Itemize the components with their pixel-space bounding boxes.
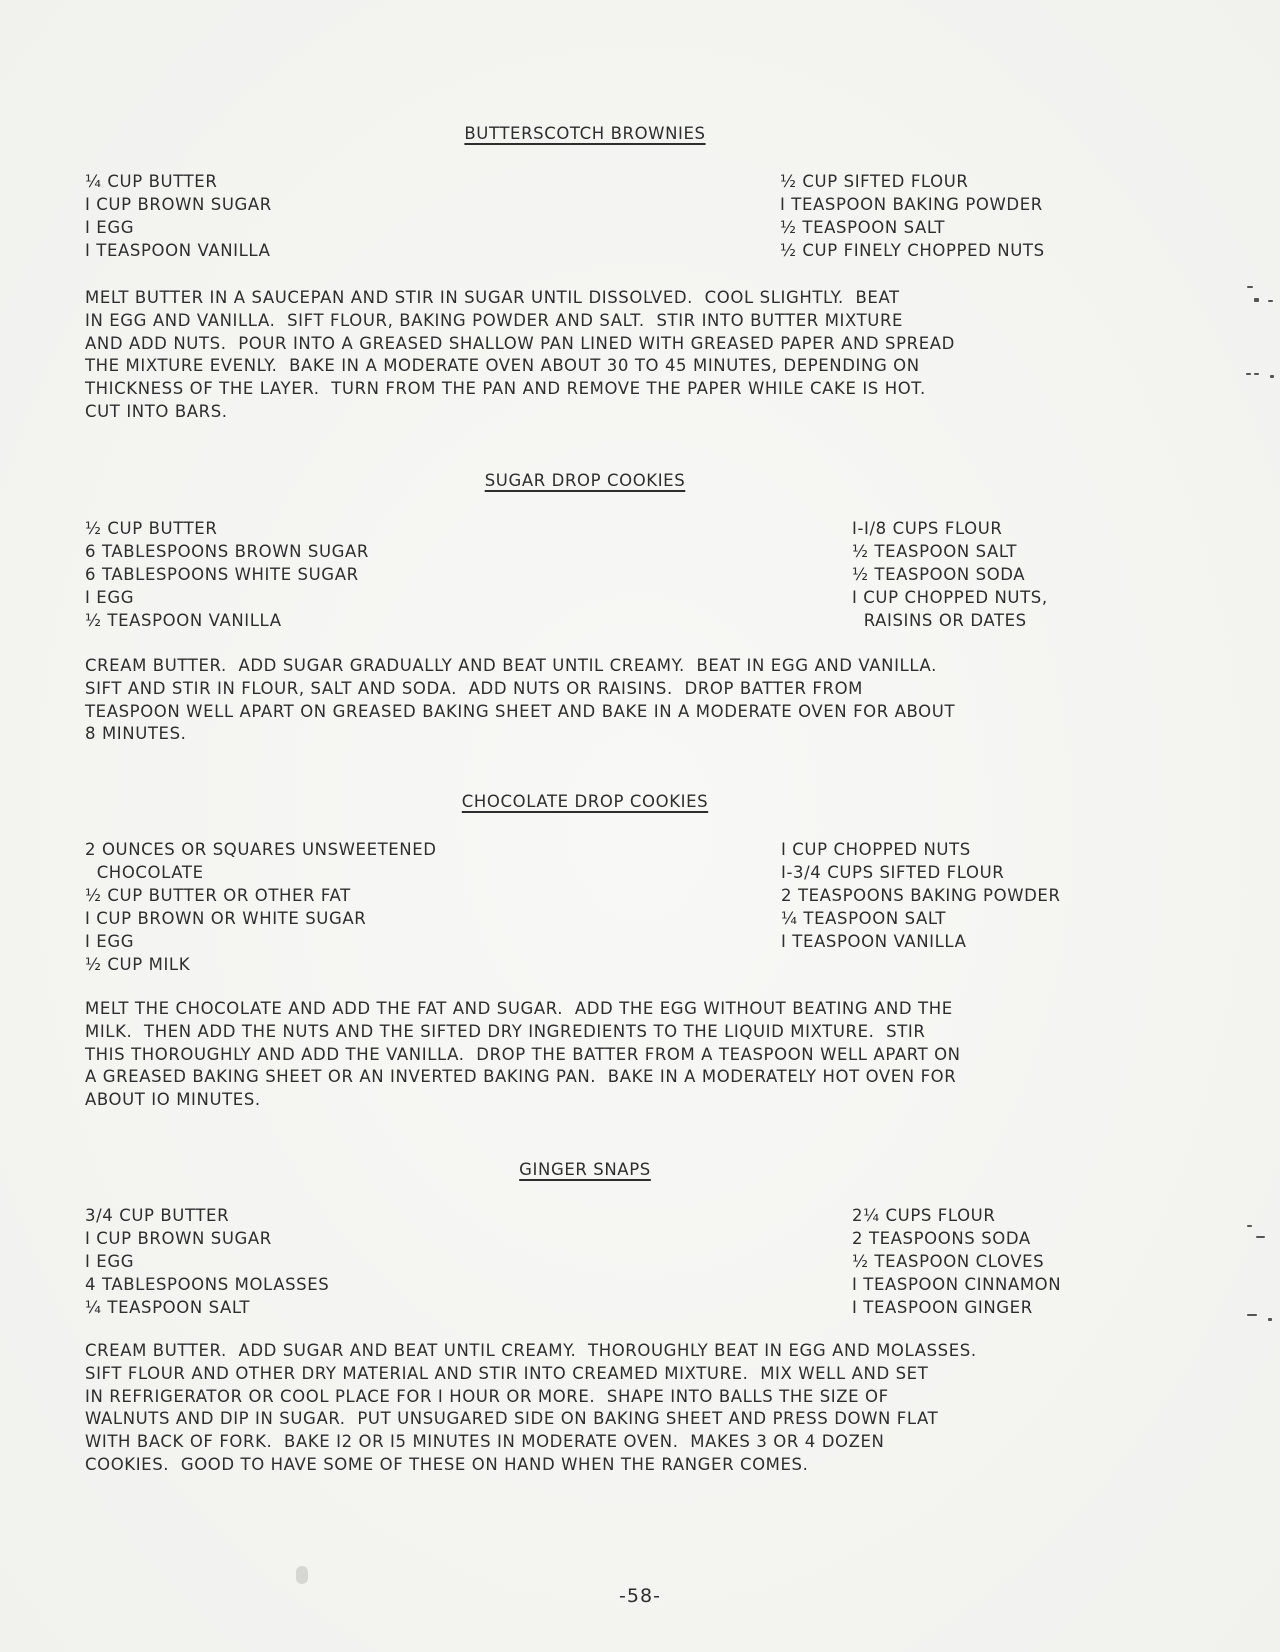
ingredient: ½ TEASPOON SALT bbox=[852, 540, 1048, 563]
ingredients-left: ½ CUP BUTTER 6 TABLESPOONS BROWN SUGAR 6… bbox=[85, 517, 369, 632]
page-number: -58- bbox=[0, 1585, 1280, 1607]
ingredient: I CUP CHOPPED NUTS, bbox=[852, 586, 1048, 609]
ingredient: ¼ TEASPOON SALT bbox=[781, 907, 1061, 930]
recipe-title: SUGAR DROP COOKIES bbox=[85, 471, 1085, 490]
ingredient: I EGG bbox=[85, 586, 369, 609]
ingredient: I TEASPOON VANILLA bbox=[85, 239, 272, 262]
ingredient: I TEASPOON GINGER bbox=[852, 1296, 1061, 1319]
ingredient: ½ TEASPOON VANILLA bbox=[85, 609, 369, 632]
ingredient: ½ TEASPOON SODA bbox=[852, 563, 1048, 586]
ingredient: I CUP BROWN OR WHITE SUGAR bbox=[85, 907, 437, 930]
ingredient: ½ CUP FINELY CHOPPED NUTS bbox=[780, 239, 1045, 262]
ingredient: 2¼ CUPS FLOUR bbox=[852, 1204, 1061, 1227]
scan-speck bbox=[1247, 1225, 1252, 1227]
ingredient: 4 TABLESPOONS MOLASSES bbox=[85, 1273, 329, 1296]
directions: MELT THE CHOCOLATE AND ADD THE FAT AND S… bbox=[85, 998, 1085, 1112]
ingredient: ¼ TEASPOON SALT bbox=[85, 1296, 329, 1319]
ingredient: 2 TEASPOONS BAKING POWDER bbox=[781, 884, 1061, 907]
ingredients-right: 2¼ CUPS FLOUR 2 TEASPOONS SODA ½ TEASPOO… bbox=[852, 1204, 1061, 1319]
ingredient: I TEASPOON BAKING POWDER bbox=[780, 193, 1045, 216]
ingredient: I CUP BROWN SUGAR bbox=[85, 193, 272, 216]
ingredient: I-I/8 CUPS FLOUR bbox=[852, 517, 1048, 540]
ingredient: 6 TABLESPOONS BROWN SUGAR bbox=[85, 540, 369, 563]
recipe-title: GINGER SNAPS bbox=[85, 1160, 1085, 1179]
scan-speck bbox=[1254, 298, 1259, 302]
ingredients-right: I-I/8 CUPS FLOUR ½ TEASPOON SALT ½ TEASP… bbox=[852, 517, 1048, 632]
ingredient: ½ TEASPOON CLOVES bbox=[852, 1250, 1061, 1273]
ingredients-left: 2 OUNCES OR SQUARES UNSWEETENED CHOCOLAT… bbox=[85, 838, 437, 976]
ingredients-left: ¼ CUP BUTTER I CUP BROWN SUGAR I EGG I T… bbox=[85, 170, 272, 262]
scan-speck bbox=[1254, 373, 1259, 375]
ingredient: I CUP CHOPPED NUTS bbox=[781, 838, 1061, 861]
ingredient: 3/4 CUP BUTTER bbox=[85, 1204, 329, 1227]
ingredient: ½ CUP SIFTED FLOUR bbox=[780, 170, 1045, 193]
ingredient: ½ CUP BUTTER OR OTHER FAT bbox=[85, 884, 437, 907]
ingredient: 2 OUNCES OR SQUARES UNSWEETENED bbox=[85, 838, 437, 861]
directions: CREAM BUTTER. ADD SUGAR GRADUALLY AND BE… bbox=[85, 655, 1085, 746]
scan-speck bbox=[1247, 286, 1253, 288]
document-page: BUTTERSCOTCH BROWNIES ¼ CUP BUTTER I CUP… bbox=[0, 0, 1280, 1652]
scan-speck bbox=[1256, 1236, 1265, 1238]
ingredient: CHOCOLATE bbox=[85, 861, 437, 884]
directions: MELT BUTTER IN A SAUCEPAN AND STIR IN SU… bbox=[85, 287, 1085, 424]
ingredient: I CUP BROWN SUGAR bbox=[85, 1227, 329, 1250]
recipe-title: CHOCOLATE DROP COOKIES bbox=[85, 792, 1085, 811]
ingredient: I-3/4 CUPS SIFTED FLOUR bbox=[781, 861, 1061, 884]
ingredient: 2 TEASPOONS SODA bbox=[852, 1227, 1061, 1250]
scan-smudge bbox=[296, 1566, 308, 1584]
recipe-title: BUTTERSCOTCH BROWNIES bbox=[85, 124, 1085, 143]
ingredient: ½ TEASPOON SALT bbox=[780, 216, 1045, 239]
ingredient: I TEASPOON CINNAMON bbox=[852, 1273, 1061, 1296]
ingredient: RAISINS OR DATES bbox=[852, 609, 1048, 632]
ingredient: ½ CUP BUTTER bbox=[85, 517, 369, 540]
ingredient: ¼ CUP BUTTER bbox=[85, 170, 272, 193]
ingredient: I TEASPOON VANILLA bbox=[781, 930, 1061, 953]
ingredient: I EGG bbox=[85, 1250, 329, 1273]
scan-speck bbox=[1268, 1318, 1272, 1321]
ingredient: I EGG bbox=[85, 216, 272, 239]
scan-speck bbox=[1246, 373, 1251, 375]
ingredient: I EGG bbox=[85, 930, 437, 953]
ingredients-right: ½ CUP SIFTED FLOUR I TEASPOON BAKING POW… bbox=[780, 170, 1045, 262]
scan-speck bbox=[1247, 1314, 1257, 1316]
scan-speck bbox=[1268, 300, 1273, 302]
ingredients-left: 3/4 CUP BUTTER I CUP BROWN SUGAR I EGG 4… bbox=[85, 1204, 329, 1319]
ingredient: ½ CUP MILK bbox=[85, 953, 437, 976]
scan-speck bbox=[1270, 375, 1274, 378]
ingredient: 6 TABLESPOONS WHITE SUGAR bbox=[85, 563, 369, 586]
ingredients-right: I CUP CHOPPED NUTS I-3/4 CUPS SIFTED FLO… bbox=[781, 838, 1061, 953]
directions: CREAM BUTTER. ADD SUGAR AND BEAT UNTIL C… bbox=[85, 1340, 1085, 1477]
